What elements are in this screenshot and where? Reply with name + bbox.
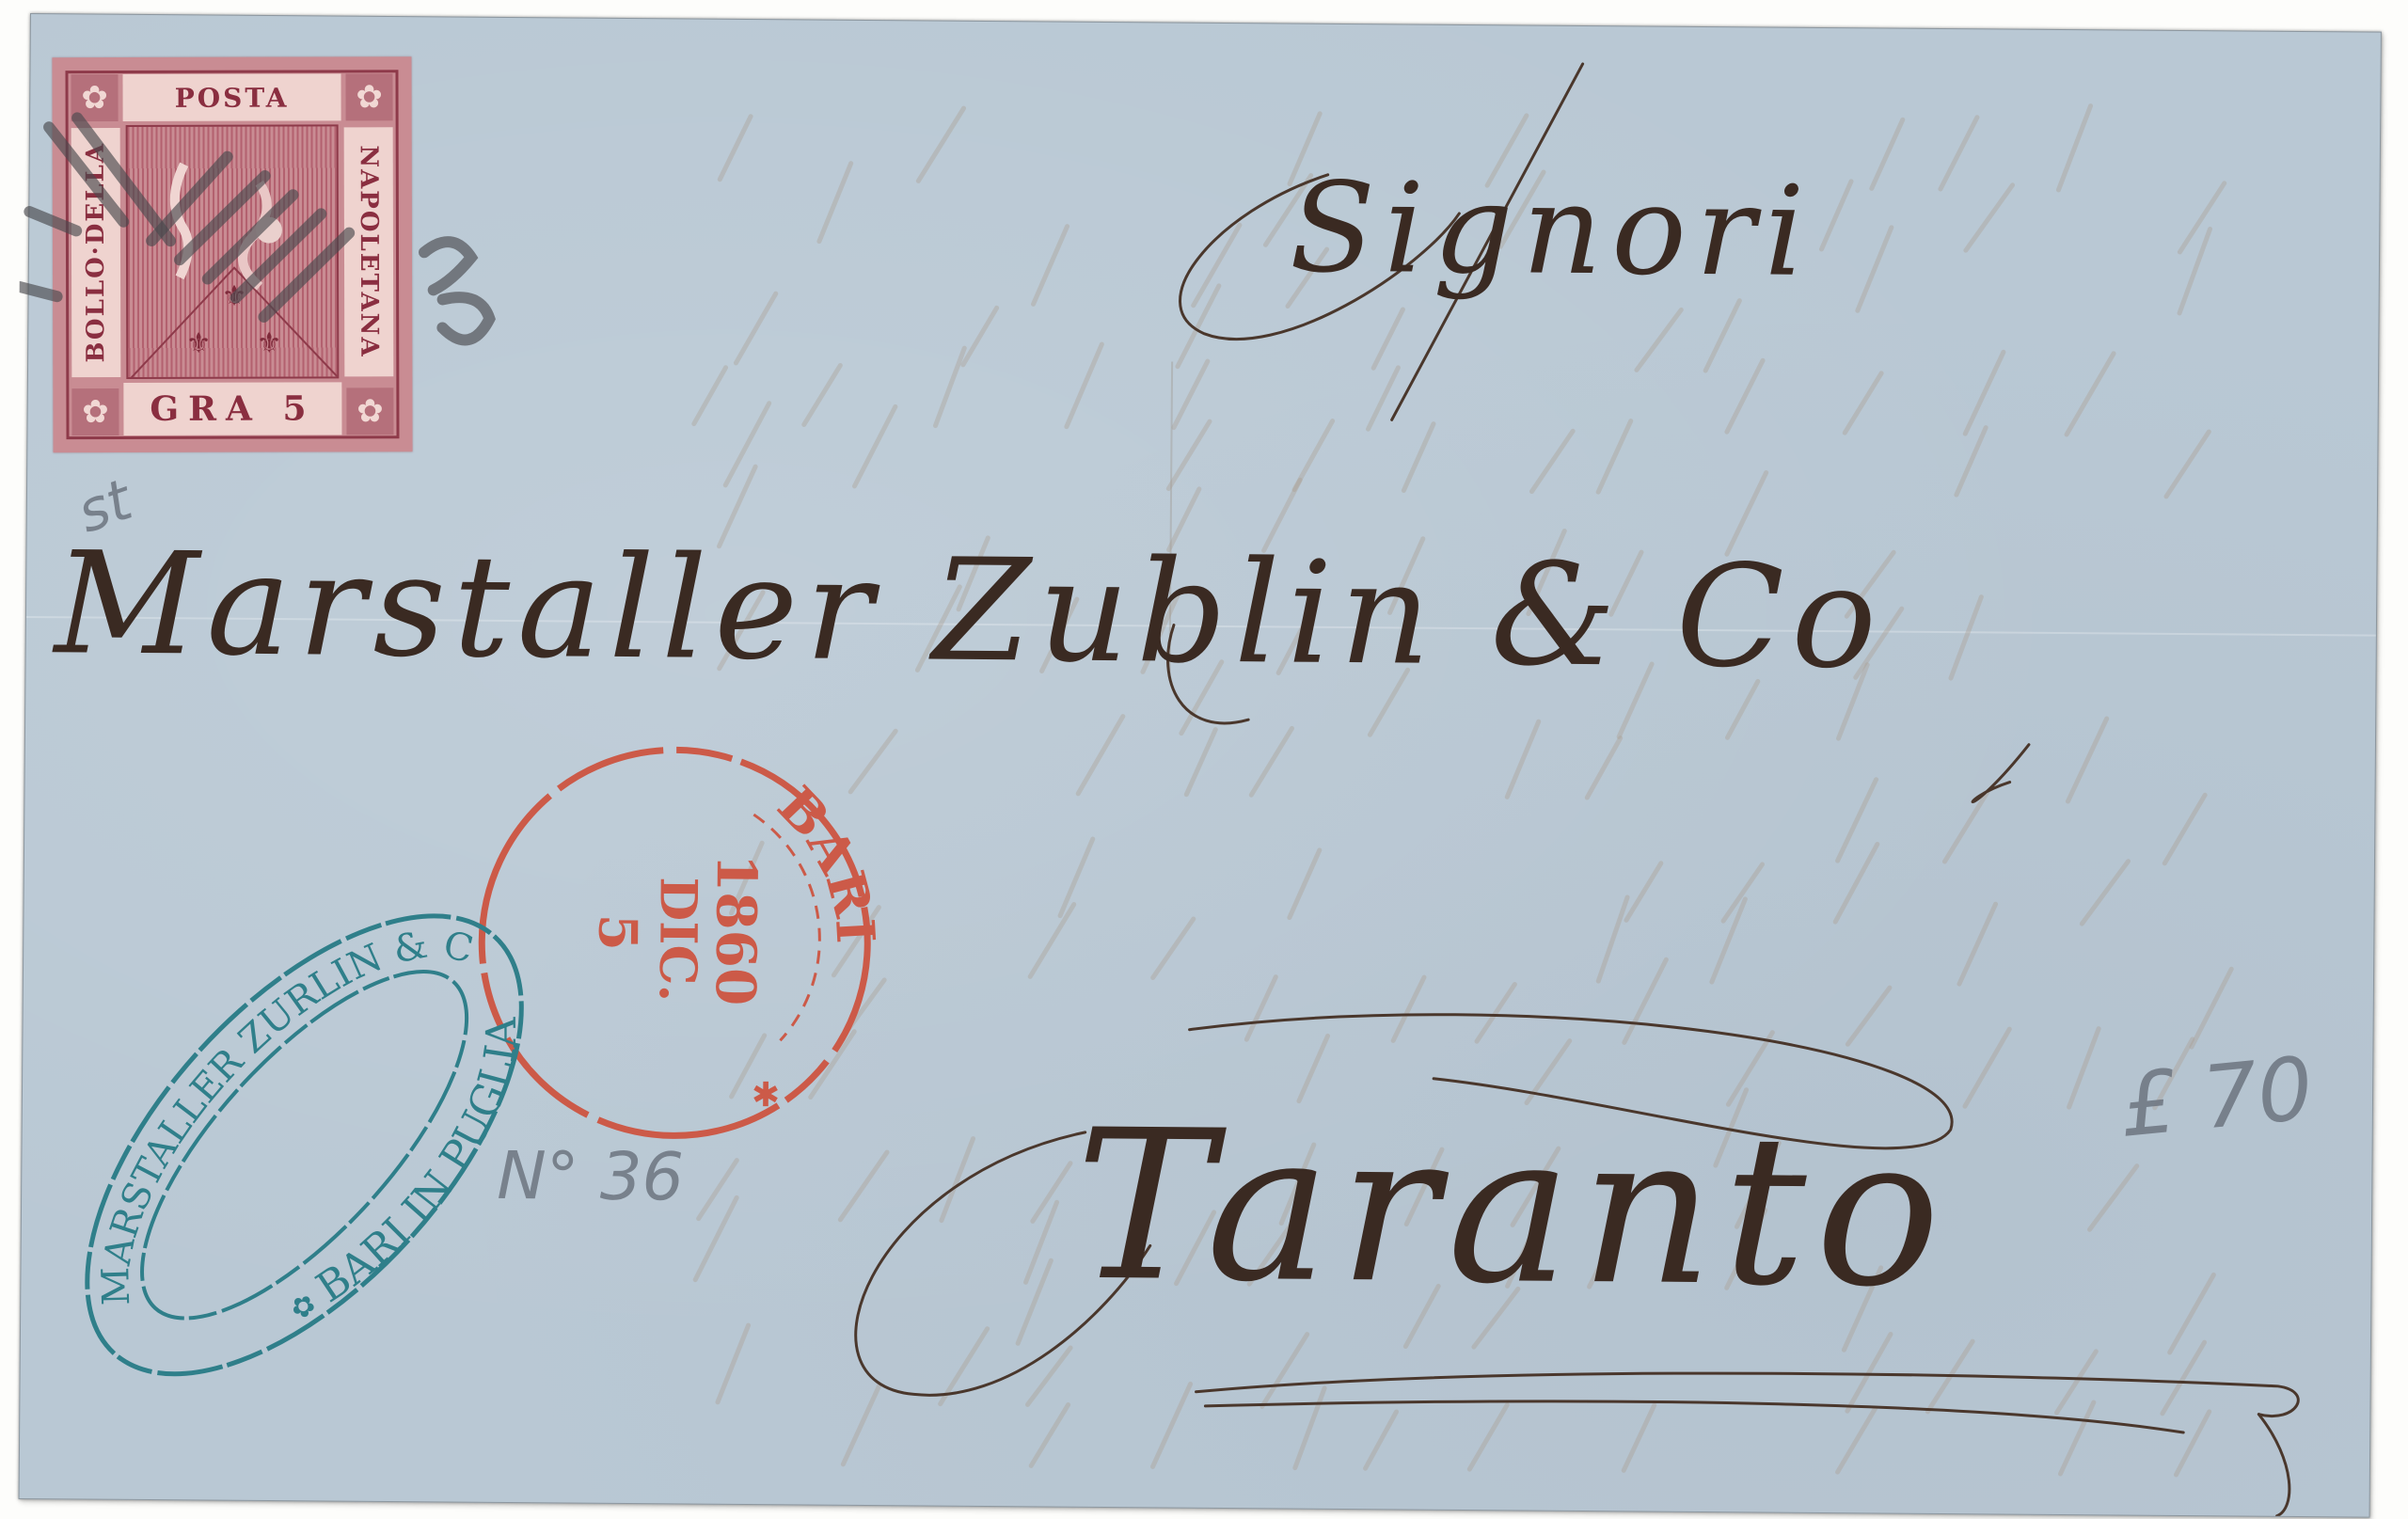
company-cachet: MARSTALLER ZURLIN & C. BARI IN PUGLIA ✿	[48, 889, 560, 1400]
svg-text:⚜: ⚜	[186, 327, 212, 360]
postmark-month: DIC.	[648, 877, 709, 1002]
stamp-value-label: GRA 5	[123, 382, 341, 435]
address-addressee: Marstaller Zublin & Co	[54, 522, 1884, 700]
stamp-left-band: BOLLO·DELLA	[71, 128, 121, 377]
flower-ornament-icon: ✿	[346, 388, 393, 435]
postmark-star-icon: ✱	[752, 1076, 780, 1115]
arms-icon: ⚜ ⚜ ⚜	[128, 126, 340, 379]
stamp-top-label: POSTA	[122, 73, 341, 121]
svg-text:⚜: ⚜	[222, 280, 247, 313]
svg-text:⚜: ⚜	[257, 327, 282, 360]
postage-stamp: ✿ ✿ ✿ ✿ POSTA BOLLO·DELLA NAPOLETANA ⚜ ⚜…	[52, 56, 412, 452]
stamp-right-label: NAPOLETANA	[355, 146, 384, 358]
address-salutation: Signori	[1290, 156, 1814, 305]
stamp-left-label: BOLLO·DELLA	[82, 142, 111, 363]
flower-ornament-icon: ✿	[345, 73, 392, 120]
flower-ornament-icon: ✿	[71, 388, 119, 435]
pencil-number-note: N° 36	[497, 1137, 684, 1216]
flower-ornament-icon: ✿	[71, 74, 118, 121]
postmark-town: BARI	[765, 774, 881, 945]
stamp-arms-design: ⚜ ⚜ ⚜	[126, 124, 340, 379]
stamp-right-band: NAPOLETANA	[344, 127, 394, 376]
pencil-price-note: £ 70	[2115, 1038, 2317, 1157]
address-city: Taranto	[1074, 1085, 1951, 1333]
postmark-day: 5	[586, 914, 648, 951]
postmark-year: 1860	[704, 854, 768, 1006]
postal-cover: ✿ ✿ ✿ ✿ POSTA BOLLO·DELLA NAPOLETANA ⚜ ⚜…	[19, 13, 2382, 1518]
cachet-company-name: MARSTALLER ZURLIN & C.	[48, 889, 497, 1343]
